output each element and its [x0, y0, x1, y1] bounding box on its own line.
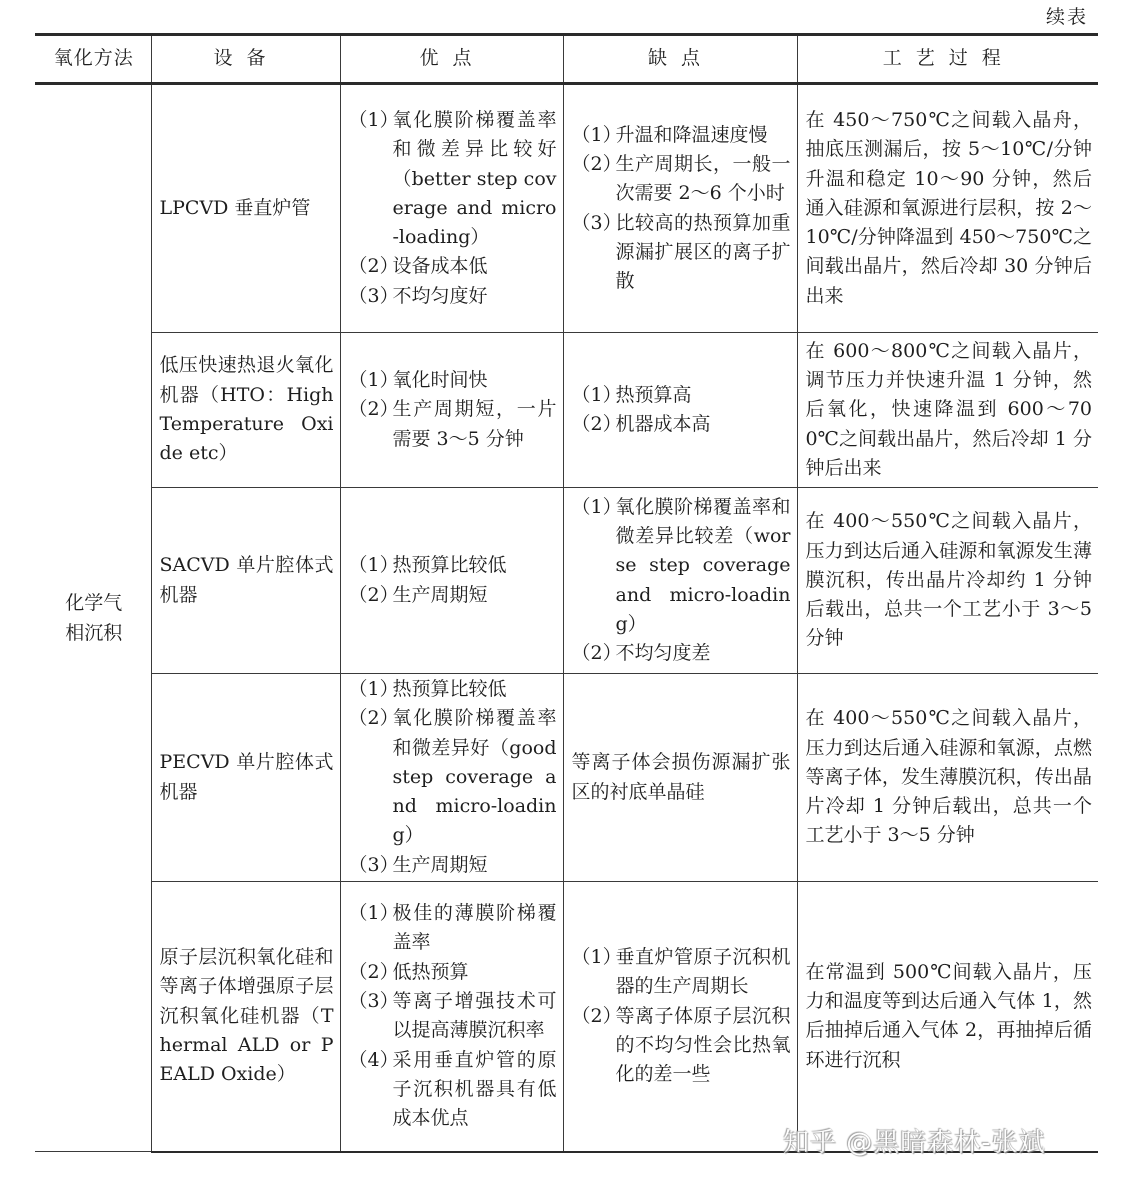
advantages-cell: （1）氧化膜阶梯覆盖率和微差异比较好（better step coverage …: [340, 84, 563, 333]
list-item: （2）不均匀度差: [572, 639, 791, 668]
list-item: （2）生产周期短，一片需要 3～5 分钟: [349, 395, 557, 454]
table-row: 原子层沉积氧化硅和等离子体增强原子层沉积氧化硅机器（Thermal ALD or…: [35, 882, 1098, 1152]
table-row: 低压快速热退火氧化机器（HTO：High Temperature Oxide e…: [35, 333, 1098, 488]
advantages-cell: （1）热预算比较低 （2）生产周期短: [340, 488, 563, 674]
header-method: 氧化方法: [35, 35, 151, 84]
table-row: SACVD 单片腔体式机器 （1）热预算比较低 （2）生产周期短 （1）氧化膜阶…: [35, 488, 1098, 674]
process-cell: 在 450～750℃之间载入晶舟，抽底压测漏后，按 5～10℃/分钟升温和稳定 …: [797, 84, 1098, 333]
advantages-cell: （1）极佳的薄膜阶梯覆盖率 （2）低热预算 （3）等离子增强技术可以提高薄膜沉积…: [340, 882, 563, 1152]
process-cell: 在 600～800℃之间载入晶片，调节压力并快速升温 1 分钟，然后氧化，快速降…: [797, 333, 1098, 488]
list-item: （3）比较高的热预算加重源漏扩展区的离子扩散: [572, 209, 791, 297]
equipment-cell: SACVD 单片腔体式机器: [151, 488, 340, 674]
list-item: （1）热预算比较低: [349, 675, 557, 704]
list-item: （2）低热预算: [349, 958, 557, 987]
oxidation-methods-table: 氧化方法 设备 优点 缺点 工艺过程 化学气相沉积 LPCVD 垂直炉管 （1）…: [35, 33, 1098, 1153]
equipment-cell: 低压快速热退火氧化机器（HTO：High Temperature Oxide e…: [151, 333, 340, 488]
header-process: 工艺过程: [797, 35, 1098, 84]
method-cell: 化学气相沉积: [35, 84, 151, 1152]
list-item: （1）氧化膜阶梯覆盖率和微差异比较差（worse step coverage a…: [572, 493, 791, 639]
list-item: （2）氧化膜阶梯覆盖率和微差异好（good step coverage and …: [349, 704, 557, 850]
table-header-row: 氧化方法 设备 优点 缺点 工艺过程: [35, 35, 1098, 84]
advantages-cell: （1）氧化时间快 （2）生产周期短，一片需要 3～5 分钟: [340, 333, 563, 488]
list-item: （1）垂直炉管原子沉积机器的生产周期长: [572, 943, 791, 1002]
disadvantages-cell: （1）垂直炉管原子沉积机器的生产周期长 （2）等离子体原子层沉积的不均匀性会比热…: [563, 882, 797, 1152]
table-row: 化学气相沉积 LPCVD 垂直炉管 （1）氧化膜阶梯覆盖率和微差异比较好（bet…: [35, 84, 1098, 333]
advantages-cell: （1）热预算比较低 （2）氧化膜阶梯覆盖率和微差异好（good step cov…: [340, 674, 563, 882]
disadvantages-cell: （1）热预算高 （2）机器成本高: [563, 333, 797, 488]
watermark: 知乎 @黑暗森林-张斌: [783, 1122, 1046, 1159]
equipment-cell: LPCVD 垂直炉管: [151, 84, 340, 333]
list-item: （2）生产周期短: [349, 581, 557, 610]
method-label: 化学气相沉积: [64, 588, 124, 648]
table-row: PECVD 单片腔体式机器 （1）热预算比较低 （2）氧化膜阶梯覆盖率和微差异好…: [35, 674, 1098, 882]
header-disadvantages: 缺点: [563, 35, 797, 84]
list-item: （2）等离子体原子层沉积的不均匀性会比热氧化的差一些: [572, 1002, 791, 1090]
header-equipment: 设备: [151, 35, 340, 84]
list-item: （1）热预算高: [572, 381, 791, 410]
list-item: （1）极佳的薄膜阶梯覆盖率: [349, 899, 557, 958]
disadvantages-cell: 等离子体会损伤源漏扩张区的衬底单晶硅: [563, 674, 797, 882]
process-cell: 在常温到 500℃间载入晶片，压力和温度等到达后通入气体 1，然后抽掉后通入气体…: [797, 882, 1098, 1152]
list-item: （1）氧化膜阶梯覆盖率和微差异比较好（better step coverage …: [349, 106, 557, 252]
list-item: （1）升温和降温速度慢: [572, 121, 791, 150]
list-item: （2）设备成本低: [349, 252, 557, 281]
list-item: （4）采用垂直炉管的原子沉积机器具有低成本优点: [349, 1046, 557, 1134]
list-item: （3）生产周期短: [349, 851, 557, 880]
equipment-cell: PECVD 单片腔体式机器: [151, 674, 340, 882]
list-item: （3）不均匀度好: [349, 282, 557, 311]
list-item: （2）机器成本高: [572, 410, 791, 439]
equipment-cell: 原子层沉积氧化硅和等离子体增强原子层沉积氧化硅机器（Thermal ALD or…: [151, 882, 340, 1152]
list-item: （2）生产周期长，一般一次需要 2～6 个小时: [572, 150, 791, 209]
table-caption: 续表: [1046, 2, 1088, 29]
process-cell: 在 400～550℃之间载入晶片，压力到达后通入硅源和氧源，点燃等离子体，发生薄…: [797, 674, 1098, 882]
process-cell: 在 400～550℃之间载入晶片，压力到达后通入硅源和氧源发生薄膜沉积，传出晶片…: [797, 488, 1098, 674]
disadvantages-cell: （1）升温和降温速度慢 （2）生产周期长，一般一次需要 2～6 个小时 （3）比…: [563, 84, 797, 333]
list-item: （1）热预算比较低: [349, 551, 557, 580]
list-item: （1）氧化时间快: [349, 366, 557, 395]
header-advantages: 优点: [340, 35, 563, 84]
list-item: （3）等离子增强技术可以提高薄膜沉积率: [349, 987, 557, 1046]
disadvantages-cell: （1）氧化膜阶梯覆盖率和微差异比较差（worse step coverage a…: [563, 488, 797, 674]
